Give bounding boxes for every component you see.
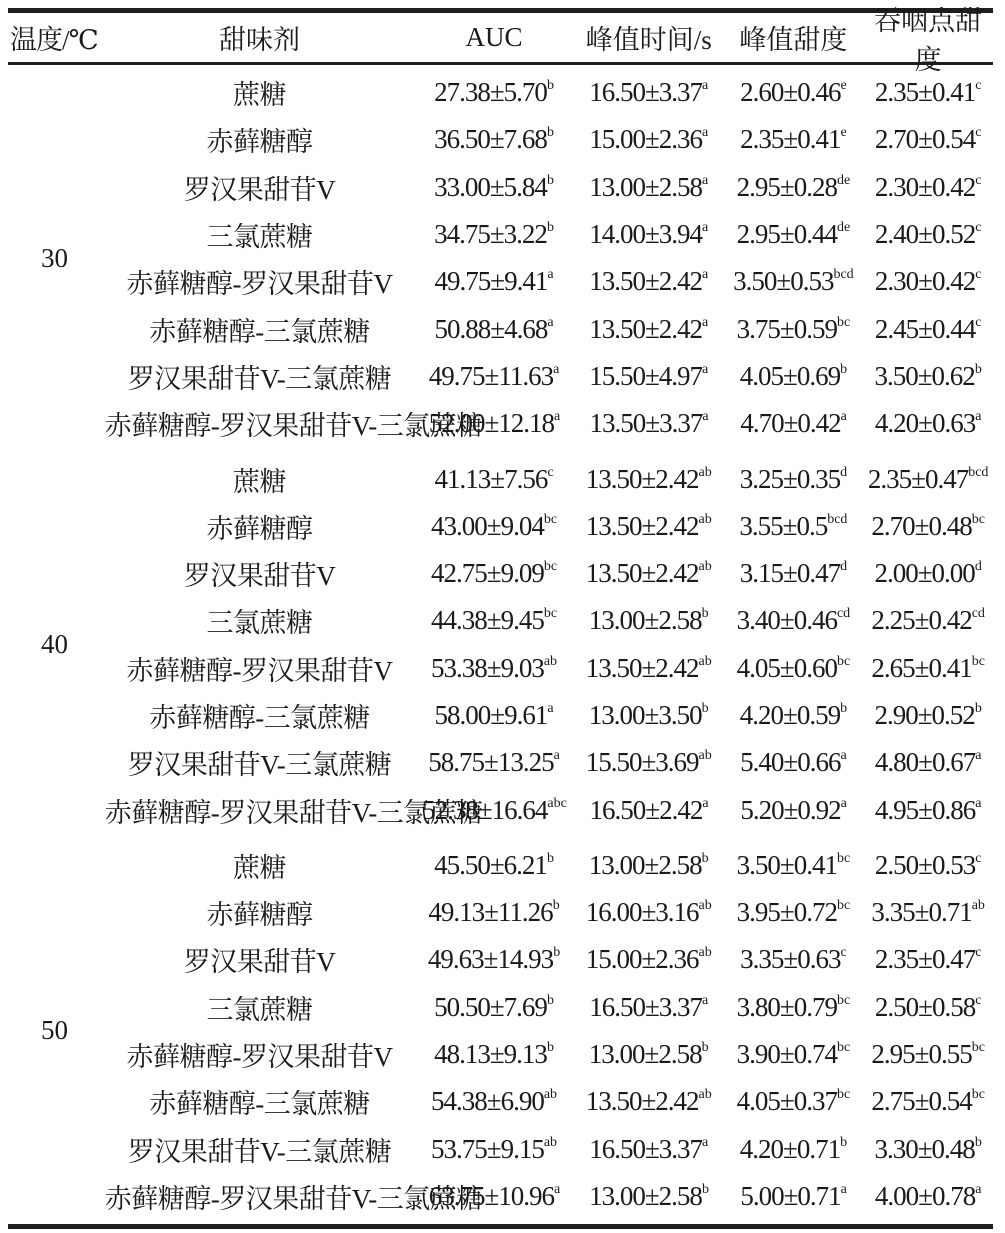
significance-letter: abc <box>547 796 566 811</box>
peak-sweetness-cell: 3.80±0.79bc <box>724 992 864 1023</box>
significance-letter: a <box>975 1182 981 1197</box>
sweetener-cell: 赤藓糖醇-三氯蔗糖 <box>105 1082 414 1121</box>
significance-letter: bc <box>837 993 850 1008</box>
significance-letter: a <box>554 748 560 763</box>
significance-letter: a <box>702 78 708 93</box>
significance-letter: a <box>702 362 708 377</box>
table-row: 罗汉果甜苷V 42.75±9.09bc 13.50±2.42ab 3.15±0.… <box>8 550 993 597</box>
sweetener-cell: 罗汉果甜苷V <box>105 940 414 979</box>
auc-cell: 52.38±16.64abc <box>415 795 575 826</box>
significance-letter: a <box>841 409 847 424</box>
significance-letter: a <box>841 796 847 811</box>
significance-letter: bc <box>837 654 850 669</box>
peak-time-cell: 16.50±3.37a <box>574 1134 724 1165</box>
swallow-sweetness-cell: 2.45±0.44c <box>863 314 993 345</box>
significance-letter: d <box>975 559 982 574</box>
significance-letter: b <box>547 78 554 93</box>
temperature-cell: 40 <box>41 451 68 837</box>
table-row: 赤藓糖醇-三氯蔗糖 54.38±6.90ab 13.50±2.42ab 4.05… <box>8 1078 993 1125</box>
swallow-sweetness-cell: 4.80±0.67a <box>863 747 993 778</box>
significance-letter: c <box>975 851 981 866</box>
significance-letter: a <box>975 409 981 424</box>
auc-cell: 49.13±11.26b <box>414 897 574 928</box>
sweetener-cell: 赤藓糖醇 <box>105 893 414 932</box>
sweetener-cell: 三氯蔗糖 <box>105 601 414 640</box>
temperature-cell: 50 <box>41 838 68 1224</box>
significance-letter: a <box>547 701 553 716</box>
swallow-sweetness-cell: 2.30±0.42c <box>863 266 993 297</box>
peak-sweetness-cell: 4.20±0.71b <box>724 1134 864 1165</box>
peak-sweetness-cell: 4.05±0.60bc <box>724 653 864 684</box>
peak-sweetness-cell: 3.35±0.63c <box>724 944 864 975</box>
significance-letter: ab <box>699 748 712 763</box>
table-row: 蔗糖 41.13±7.56c 13.50±2.42ab 3.25±0.35d 2… <box>8 455 993 502</box>
significance-letter: d <box>840 559 847 574</box>
significance-letter: de <box>837 220 850 235</box>
significance-letter: de <box>837 173 850 188</box>
peak-sweetness-cell: 4.05±0.37bc <box>724 1086 864 1117</box>
significance-letter: bc <box>837 1087 850 1102</box>
significance-letter: ab <box>699 559 712 574</box>
significance-letter: ab <box>699 465 712 480</box>
significance-letter: a <box>702 796 708 811</box>
significance-letter: c <box>975 945 981 960</box>
auc-cell: 42.75±9.09bc <box>414 558 574 589</box>
auc-cell: 50.50±7.69b <box>414 992 574 1023</box>
peak-sweetness-cell: 5.40±0.66a <box>724 747 864 778</box>
peak-sweetness-cell: 4.05±0.69b <box>724 361 864 392</box>
auc-cell: 53.38±9.03ab <box>414 653 574 684</box>
significance-letter: b <box>702 701 709 716</box>
peak-time-cell: 15.50±3.69ab <box>574 747 724 778</box>
significance-letter: ab <box>544 1087 557 1102</box>
temperature-cell: 30 <box>41 65 68 451</box>
significance-letter: b <box>840 701 847 716</box>
peak-sweetness-cell: 4.20±0.59b <box>724 700 864 731</box>
table-row: 罗汉果甜苷V-三氯蔗糖 49.75±11.63a 15.50±4.97a 4.0… <box>8 353 993 400</box>
peak-sweetness-cell: 3.55±0.5bcd <box>724 511 864 542</box>
significance-letter: a <box>702 1135 708 1150</box>
significance-letter: bc <box>544 606 557 621</box>
swallow-sweetness-cell: 2.50±0.58c <box>863 992 993 1023</box>
significance-letter: a <box>702 409 708 424</box>
swallow-sweetness-cell: 2.00±0.00d <box>863 558 993 589</box>
table-row: 罗汉果甜苷V 33.00±5.84b 13.00±2.58a 2.95±0.28… <box>8 164 993 211</box>
peak-time-cell: 13.50±2.42ab <box>574 558 724 589</box>
auc-cell: 49.75±11.63a <box>414 361 574 392</box>
temperature-group: 50 蔗糖 45.50±6.21b 13.00±2.58b 3.50±0.41b… <box>8 838 993 1224</box>
significance-letter: a <box>975 748 981 763</box>
significance-letter: c <box>975 78 981 93</box>
table-row: 罗汉果甜苷V 49.63±14.93b 15.00±2.36ab 3.35±0.… <box>8 936 993 983</box>
swallow-sweetness-cell: 2.35±0.41c <box>863 77 993 108</box>
auc-cell: 49.63±14.93b <box>414 944 574 975</box>
significance-letter: c <box>975 267 981 282</box>
table-row: 赤藓糖醇-罗汉果甜苷V-三氯蔗糖 52.00±12.18a 13.50±3.37… <box>8 400 993 447</box>
sweetener-temperature-table: 温度/℃ 甜味剂 AUC 峰值时间/s 峰值甜度 吞咽点甜度 30 蔗糖 27.… <box>8 8 993 1229</box>
peak-time-cell: 13.50±2.42ab <box>574 653 724 684</box>
significance-letter: a <box>702 173 708 188</box>
table-row: 赤藓糖醇 49.13±11.26b 16.00±3.16ab 3.95±0.72… <box>8 889 993 936</box>
swallow-sweetness-cell: 3.50±0.62b <box>863 361 993 392</box>
significance-letter: b <box>553 945 560 960</box>
sweetener-cell: 蔗糖 <box>105 460 414 499</box>
swallow-sweetness-cell: 2.90±0.52b <box>863 700 993 731</box>
swallow-sweetness-cell: 4.20±0.63a <box>863 408 993 439</box>
significance-letter: ab <box>699 654 712 669</box>
peak-sweetness-cell: 2.60±0.46e <box>724 77 864 108</box>
table-row: 三氯蔗糖 34.75±3.22b 14.00±3.94a 2.95±0.44de… <box>8 211 993 258</box>
peak-time-cell: 15.00±2.36a <box>574 124 724 155</box>
significance-letter: a <box>702 125 708 140</box>
table-row: 赤藓糖醇 36.50±7.68b 15.00±2.36a 2.35±0.41e … <box>8 116 993 163</box>
header-auc: AUC <box>414 22 574 53</box>
auc-cell: 43.00±9.04bc <box>414 511 574 542</box>
significance-letter: a <box>841 1182 847 1197</box>
swallow-sweetness-cell: 2.65±0.41bc <box>863 653 993 684</box>
table-row: 赤藓糖醇-三氯蔗糖 50.88±4.68a 13.50±2.42a 3.75±0… <box>8 305 993 352</box>
table-body: 30 蔗糖 27.38±5.70b 16.50±3.37a 2.60±0.46e… <box>8 65 993 1224</box>
significance-letter: ab <box>699 512 712 527</box>
peak-sweetness-cell: 4.70±0.42a <box>724 408 864 439</box>
significance-letter: ab <box>699 945 712 960</box>
table-row: 罗汉果甜苷V-三氯蔗糖 58.75±13.25a 15.50±3.69ab 5.… <box>8 739 993 786</box>
bottom-rule <box>8 1224 993 1229</box>
peak-time-cell: 13.00±2.58b <box>574 850 724 881</box>
significance-letter: c <box>975 315 981 330</box>
swallow-sweetness-cell: 3.35±0.71ab <box>863 897 993 928</box>
peak-time-cell: 13.00±3.50b <box>574 700 724 731</box>
significance-letter: b <box>547 1040 554 1055</box>
significance-letter: a <box>702 220 708 235</box>
significance-letter: bc <box>544 512 557 527</box>
significance-letter: b <box>553 898 560 913</box>
peak-time-cell: 15.50±4.97a <box>574 361 724 392</box>
significance-letter: bc <box>972 1040 985 1055</box>
auc-cell: 58.00±9.61a <box>414 700 574 731</box>
swallow-sweetness-cell: 2.35±0.47c <box>863 944 993 975</box>
auc-cell: 48.13±9.13b <box>414 1039 574 1070</box>
auc-cell: 27.38±5.70b <box>414 77 574 108</box>
swallow-sweetness-cell: 4.00±0.78a <box>863 1181 993 1212</box>
sweetener-cell: 赤藓糖醇 <box>105 507 414 546</box>
peak-sweetness-cell: 5.20±0.92a <box>724 795 864 826</box>
table-row: 蔗糖 45.50±6.21b 13.00±2.58b 3.50±0.41bc 2… <box>8 842 993 889</box>
significance-letter: b <box>975 701 982 716</box>
significance-letter: b <box>975 1135 982 1150</box>
swallow-sweetness-cell: 2.40±0.52c <box>863 219 993 250</box>
significance-letter: bc <box>837 315 850 330</box>
auc-cell: 63.75±10.96a <box>415 1181 575 1212</box>
swallow-sweetness-cell: 2.35±0.47bcd <box>863 464 993 495</box>
sweetener-cell: 罗汉果甜苷V <box>105 168 414 207</box>
significance-letter: b <box>547 125 554 140</box>
swallow-sweetness-cell: 2.30±0.42c <box>863 172 993 203</box>
header-peak-time: 峰值时间/s <box>574 18 724 57</box>
sweetener-cell: 罗汉果甜苷V-三氯蔗糖 <box>105 357 414 396</box>
significance-letter: cd <box>837 606 850 621</box>
peak-time-cell: 13.00±2.58a <box>574 172 724 203</box>
significance-letter: b <box>702 1182 709 1197</box>
peak-time-cell: 13.50±2.42a <box>574 314 724 345</box>
swallow-sweetness-cell: 2.70±0.48bc <box>863 511 993 542</box>
header-temperature: 温度/℃ <box>8 18 105 57</box>
peak-sweetness-cell: 2.95±0.28de <box>724 172 864 203</box>
significance-letter: a <box>554 1182 560 1197</box>
significance-letter: e <box>840 78 846 93</box>
significance-letter: b <box>547 851 554 866</box>
swallow-sweetness-cell: 2.95±0.55bc <box>863 1039 993 1070</box>
peak-time-cell: 13.50±3.37a <box>574 408 724 439</box>
sweetener-cell: 罗汉果甜苷V-三氯蔗糖 <box>105 743 414 782</box>
peak-sweetness-cell: 3.25±0.35d <box>724 464 864 495</box>
significance-letter: bc <box>544 559 557 574</box>
significance-letter: ab <box>544 654 557 669</box>
sweetener-cell: 赤藓糖醇 <box>105 120 414 159</box>
table-row: 赤藓糖醇-罗汉果甜苷V 49.75±9.41a 13.50±2.42a 3.50… <box>8 258 993 305</box>
significance-letter: e <box>840 125 846 140</box>
peak-time-cell: 13.50±2.42a <box>574 266 724 297</box>
table-row: 赤藓糖醇-罗汉果甜苷V 48.13±9.13b 13.00±2.58b 3.90… <box>8 1031 993 1078</box>
auc-cell: 50.88±4.68a <box>414 314 574 345</box>
temperature-group: 40 蔗糖 41.13±7.56c 13.50±2.42ab 3.25±0.35… <box>8 451 993 837</box>
sweetener-cell: 蔗糖 <box>105 73 414 112</box>
significance-letter: a <box>547 267 553 282</box>
significance-letter: b <box>702 851 709 866</box>
sweetener-cell: 赤藓糖醇-罗汉果甜苷V <box>105 262 414 301</box>
table-row: 赤藓糖醇-罗汉果甜苷V-三氯蔗糖 63.75±10.96a 13.00±2.58… <box>8 1173 993 1220</box>
auc-cell: 44.38±9.45bc <box>414 605 574 636</box>
significance-letter: ab <box>972 898 985 913</box>
significance-letter: c <box>975 220 981 235</box>
significance-letter: c <box>840 945 846 960</box>
sweetener-cell: 蔗糖 <box>105 846 414 885</box>
table-row: 赤藓糖醇-三氯蔗糖 58.00±9.61a 13.00±3.50b 4.20±0… <box>8 692 993 739</box>
significance-letter: bc <box>837 851 850 866</box>
sweetener-cell: 赤藓糖醇-三氯蔗糖 <box>105 696 414 735</box>
significance-letter: a <box>547 315 553 330</box>
peak-time-cell: 14.00±3.94a <box>574 219 724 250</box>
significance-letter: b <box>702 1040 709 1055</box>
peak-sweetness-cell: 3.75±0.59bc <box>724 314 864 345</box>
table-row: 赤藓糖醇 43.00±9.04bc 13.50±2.42ab 3.55±0.5b… <box>8 503 993 550</box>
auc-cell: 45.50±6.21b <box>414 850 574 881</box>
table-row: 三氯蔗糖 50.50±7.69b 16.50±3.37a 3.80±0.79bc… <box>8 984 993 1031</box>
sweetener-cell: 罗汉果甜苷V <box>105 554 414 593</box>
auc-cell: 49.75±9.41a <box>414 266 574 297</box>
sweetener-cell: 赤藓糖醇-罗汉果甜苷V-三氯蔗糖 <box>105 791 415 830</box>
table-row: 赤藓糖醇-罗汉果甜苷V 53.38±9.03ab 13.50±2.42ab 4.… <box>8 645 993 692</box>
significance-letter: bc <box>837 898 850 913</box>
sweetener-cell: 罗汉果甜苷V-三氯蔗糖 <box>105 1130 414 1169</box>
peak-sweetness-cell: 5.00±0.71a <box>724 1181 864 1212</box>
sweetener-cell: 赤藓糖醇-罗汉果甜苷V-三氯蔗糖 <box>105 1177 415 1216</box>
peak-sweetness-cell: 3.50±0.53bcd <box>724 266 864 297</box>
swallow-sweetness-cell: 4.95±0.86a <box>863 795 993 826</box>
peak-time-cell: 16.50±2.42a <box>574 795 724 826</box>
significance-letter: ab <box>699 898 712 913</box>
auc-cell: 41.13±7.56c <box>414 464 574 495</box>
peak-sweetness-cell: 2.35±0.41e <box>724 124 864 155</box>
auc-cell: 52.00±12.18a <box>415 408 575 439</box>
significance-letter: a <box>702 993 708 1008</box>
peak-sweetness-cell: 3.15±0.47d <box>724 558 864 589</box>
auc-cell: 33.00±5.84b <box>414 172 574 203</box>
temperature-group: 30 蔗糖 27.38±5.70b 16.50±3.37a 2.60±0.46e… <box>8 65 993 451</box>
peak-time-cell: 13.00±2.58b <box>574 1181 724 1212</box>
significance-letter: bc <box>972 512 985 527</box>
auc-cell: 58.75±13.25a <box>414 747 574 778</box>
significance-letter: a <box>554 409 560 424</box>
significance-letter: ab <box>544 1135 557 1150</box>
significance-letter: c <box>547 465 553 480</box>
significance-letter: c <box>975 993 981 1008</box>
significance-letter: a <box>702 267 708 282</box>
significance-letter: ab <box>699 1087 712 1102</box>
peak-sweetness-cell: 3.50±0.41bc <box>724 850 864 881</box>
significance-letter: c <box>975 173 981 188</box>
significance-letter: bc <box>837 1040 850 1055</box>
significance-letter: b <box>547 173 554 188</box>
sweetener-cell: 赤藓糖醇-罗汉果甜苷V-三氯蔗糖 <box>105 404 415 443</box>
table-row: 罗汉果甜苷V-三氯蔗糖 53.75±9.15ab 16.50±3.37a 4.2… <box>8 1126 993 1173</box>
significance-letter: b <box>840 362 847 377</box>
table-row: 赤藓糖醇-罗汉果甜苷V-三氯蔗糖 52.38±16.64abc 16.50±2.… <box>8 786 993 833</box>
peak-time-cell: 13.00±2.58b <box>574 1039 724 1070</box>
peak-time-cell: 16.50±3.37a <box>574 77 724 108</box>
peak-time-cell: 13.00±2.58b <box>574 605 724 636</box>
peak-time-cell: 16.50±3.37a <box>574 992 724 1023</box>
significance-letter: a <box>553 362 559 377</box>
significance-letter: d <box>840 465 847 480</box>
sweetener-cell: 三氯蔗糖 <box>105 988 414 1027</box>
swallow-sweetness-cell: 2.75±0.54bc <box>863 1086 993 1117</box>
swallow-sweetness-cell: 2.50±0.53c <box>863 850 993 881</box>
peak-time-cell: 13.50±2.42ab <box>574 464 724 495</box>
auc-cell: 54.38±6.90ab <box>414 1086 574 1117</box>
significance-letter: b <box>975 362 982 377</box>
swallow-sweetness-cell: 2.70±0.54c <box>863 124 993 155</box>
peak-time-cell: 15.00±2.36ab <box>574 944 724 975</box>
significance-letter: b <box>702 606 709 621</box>
swallow-sweetness-cell: 2.25±0.42cd <box>863 605 993 636</box>
peak-sweetness-cell: 3.95±0.72bc <box>724 897 864 928</box>
significance-letter: bcd <box>968 465 988 480</box>
significance-letter: a <box>975 796 981 811</box>
auc-cell: 34.75±3.22b <box>414 219 574 250</box>
peak-time-cell: 16.00±3.16ab <box>574 897 724 928</box>
swallow-sweetness-cell: 3.30±0.48b <box>863 1134 993 1165</box>
significance-letter: b <box>547 993 554 1008</box>
peak-time-cell: 13.50±2.42ab <box>574 511 724 542</box>
table-row: 蔗糖 27.38±5.70b 16.50±3.37a 2.60±0.46e 2.… <box>8 69 993 116</box>
significance-letter: c <box>975 125 981 140</box>
peak-sweetness-cell: 2.95±0.44de <box>724 219 864 250</box>
significance-letter: a <box>840 748 846 763</box>
header-peak-sweetness: 峰值甜度 <box>724 18 864 57</box>
auc-cell: 53.75±9.15ab <box>414 1134 574 1165</box>
significance-letter: a <box>702 315 708 330</box>
peak-sweetness-cell: 3.40±0.46cd <box>724 605 864 636</box>
significance-letter: cd <box>972 606 985 621</box>
significance-letter: bc <box>972 654 985 669</box>
significance-letter: b <box>547 220 554 235</box>
sweetener-cell: 赤藓糖醇-三氯蔗糖 <box>105 310 414 349</box>
peak-time-cell: 13.50±2.42ab <box>574 1086 724 1117</box>
significance-letter: bc <box>972 1087 985 1102</box>
peak-sweetness-cell: 3.90±0.74bc <box>724 1039 864 1070</box>
sweetener-cell: 赤藓糖醇-罗汉果甜苷V <box>105 649 414 688</box>
sweetener-cell: 赤藓糖醇-罗汉果甜苷V <box>105 1035 414 1074</box>
sweetener-cell: 三氯蔗糖 <box>105 215 414 254</box>
table-header: 温度/℃ 甜味剂 AUC 峰值时间/s 峰值甜度 吞咽点甜度 <box>8 13 993 62</box>
significance-letter: b <box>840 1135 847 1150</box>
auc-cell: 36.50±7.68b <box>414 124 574 155</box>
table-row: 三氯蔗糖 44.38±9.45bc 13.00±2.58b 3.40±0.46c… <box>8 597 993 644</box>
header-sweetener: 甜味剂 <box>105 18 414 57</box>
significance-letter: bcd <box>833 267 853 282</box>
significance-letter: bcd <box>827 512 847 527</box>
